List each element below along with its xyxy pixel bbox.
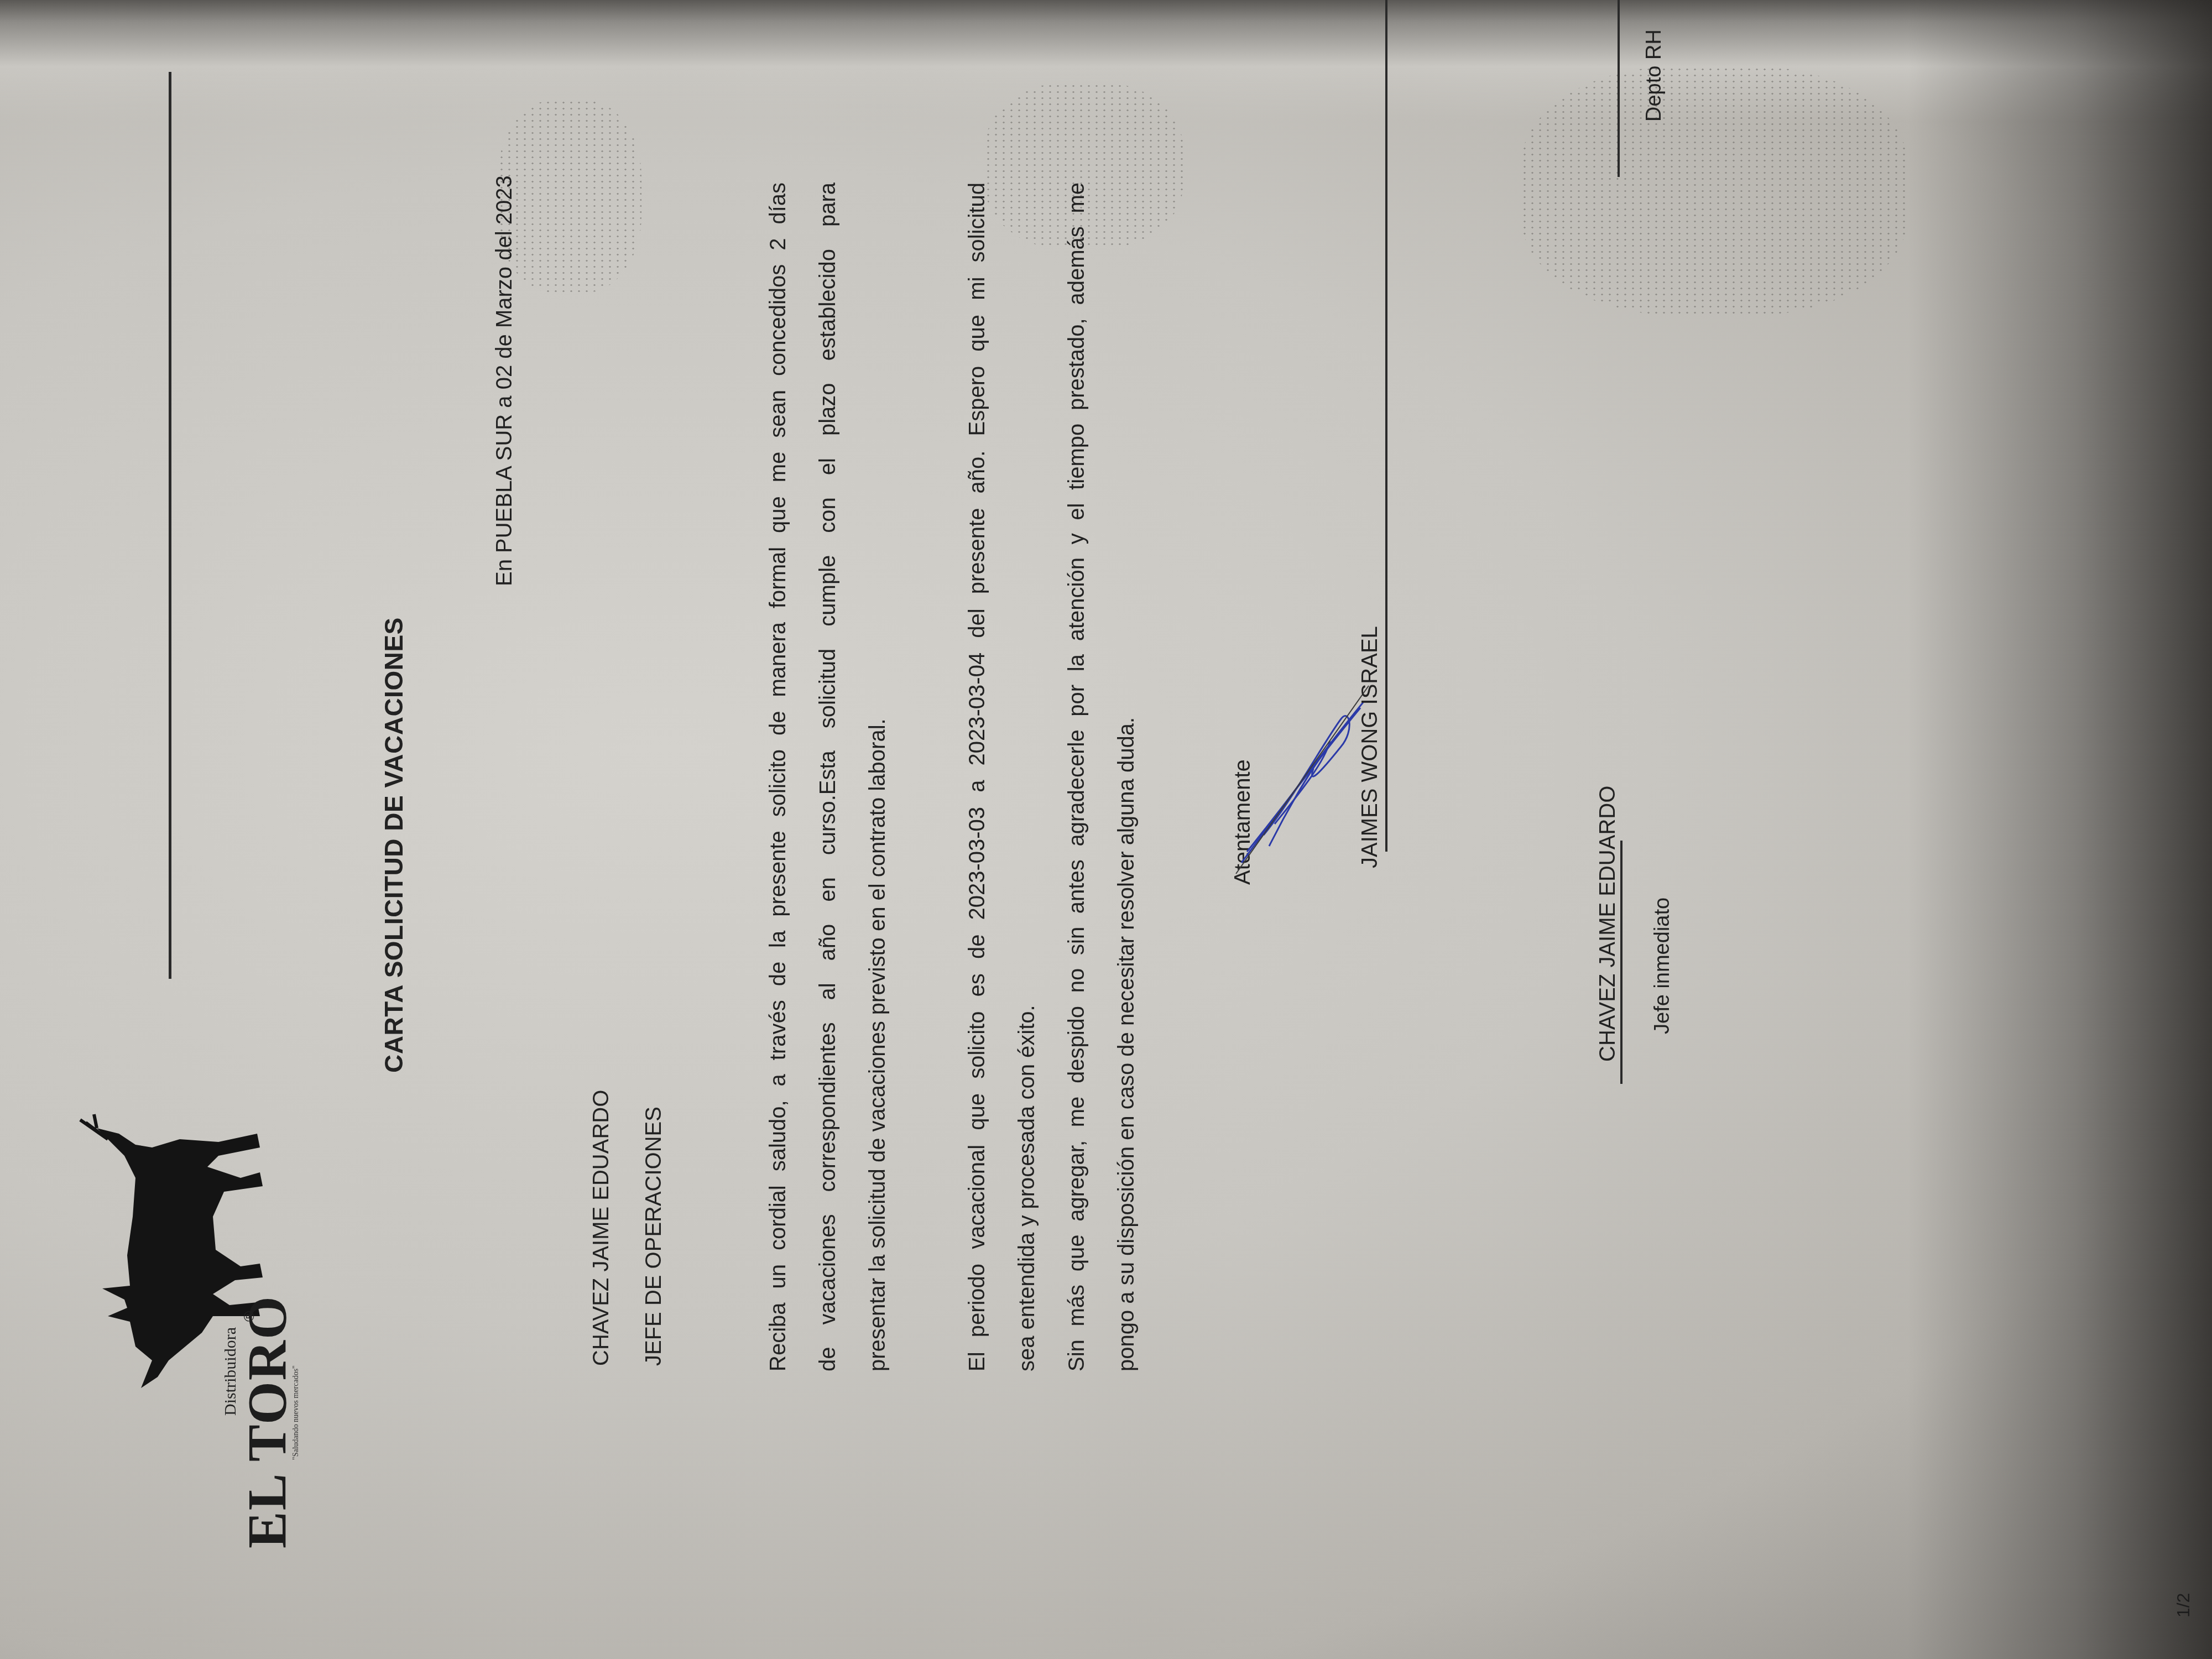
body-paragraph-2-line-3: Sin más que agregar, me despido no sin a…	[1065, 182, 1089, 1371]
body-paragraph-1-line-1: Reciba un cordial saludo, a través de la…	[766, 182, 791, 1371]
registered-mark: ®	[241, 1311, 258, 1322]
header-rule	[169, 72, 171, 979]
company-logo: Distribuidora EL TORO ® "Saludando nuevo…	[75, 1112, 307, 1565]
dateline: En PUEBLA SUR a 02 de Marzo del 2023	[492, 175, 517, 586]
page-number: 1/2	[2173, 1593, 2194, 1618]
company-tagline: "Saludando nuevos mercados"	[292, 1365, 301, 1460]
supervisor-name: CHAVEZ JAIME EDUARDO	[1595, 786, 1620, 1062]
body-paragraph-2-line-1: El periodo vacacional que solicito es de…	[965, 182, 990, 1371]
body-paragraph-1-line-2: de vacaciones correspondientes al año en…	[816, 182, 841, 1371]
signer-name: JAIMES WONG ISRAEL	[1358, 626, 1383, 868]
handwritten-signature	[1230, 653, 1374, 885]
body-paragraph-1-line-3: presentar la solicitud de vacaciones pre…	[865, 718, 890, 1371]
hr-role: Depto RH	[1642, 29, 1666, 122]
signer-rule	[1385, 0, 1387, 852]
supervisor-rule	[1620, 841, 1623, 1084]
document-title: CARTA SOLICITUD DE VACACIONES	[379, 617, 409, 1073]
supervisor-role: Jefe inmediato	[1651, 898, 1674, 1034]
hr-rule	[1618, 0, 1620, 177]
recipient-position: JEFE DE OPERACIONES	[641, 1107, 666, 1366]
body-paragraph-2-line-2: sea entendida y procesada con éxito.	[1015, 1005, 1040, 1371]
document-page: Distribuidora EL TORO ® "Saludando nuevo…	[14, 0, 2198, 1659]
company-name: EL TORO	[235, 1295, 299, 1548]
body-paragraph-2-line-4: pongo a su disposición en caso de necesi…	[1114, 717, 1139, 1371]
recipient-name: CHAVEZ JAIME EDUARDO	[589, 1090, 614, 1366]
